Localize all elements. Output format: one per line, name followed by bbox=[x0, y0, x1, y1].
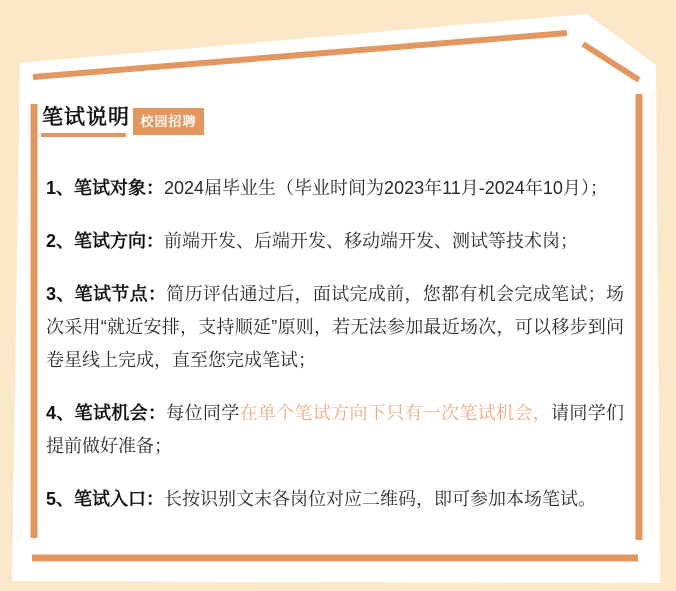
instruction-item-2: 2、笔试方向：前端开发、后端开发、移动端开发、测试等技术岗； bbox=[46, 225, 624, 258]
instruction-item-3: 3、笔试节点：简历评估通过后，面试完成前，您都有机会完成笔试；场次采用“就近安排… bbox=[46, 278, 624, 377]
page-title: 笔试说明 bbox=[42, 101, 130, 131]
item-2-label: 2、笔试方向： bbox=[46, 231, 164, 251]
instruction-list: 1、笔试对象：2024届毕业生（毕业时间为2023年11月-2024年10月）；… bbox=[46, 172, 624, 516]
item-4-highlight-text: 在单个笔试方向下只有一次笔试机会， bbox=[240, 403, 551, 423]
item-1-text: 2024届毕业生（毕业时间为2023年11月-2024年10月）； bbox=[164, 178, 608, 198]
item-5-text: 长按识别文末各岗位对应二维码，即可参加本场笔试。 bbox=[164, 489, 596, 509]
item-5-label: 5、笔试入口： bbox=[46, 489, 164, 509]
instruction-item-1: 1、笔试对象：2024届毕业生（毕业时间为2023年11月-2024年10月）； bbox=[46, 172, 624, 205]
poster: 笔试说明 校园招聘 1、笔试对象：2024届毕业生（毕业时间为2023年11月-… bbox=[0, 0, 676, 591]
item-4-text-before: 每位同学 bbox=[166, 403, 239, 423]
item-2-text: 前端开发、后端开发、移动端开发、测试等技术岗； bbox=[164, 231, 578, 251]
instruction-item-4: 4、笔试机会：每位同学在单个笔试方向下只有一次笔试机会，请同学们提前做好准备； bbox=[46, 397, 624, 463]
item-1-label: 1、笔试对象： bbox=[46, 178, 164, 198]
title-underline bbox=[41, 133, 126, 137]
instruction-item-5: 5、笔试入口：长按识别文末各岗位对应二维码，即可参加本场笔试。 bbox=[46, 483, 624, 516]
item-3-label: 3、笔试节点： bbox=[46, 284, 166, 304]
item-4-label: 4、笔试机会： bbox=[46, 403, 166, 423]
campus-recruitment-badge: 校园招聘 bbox=[133, 108, 204, 135]
